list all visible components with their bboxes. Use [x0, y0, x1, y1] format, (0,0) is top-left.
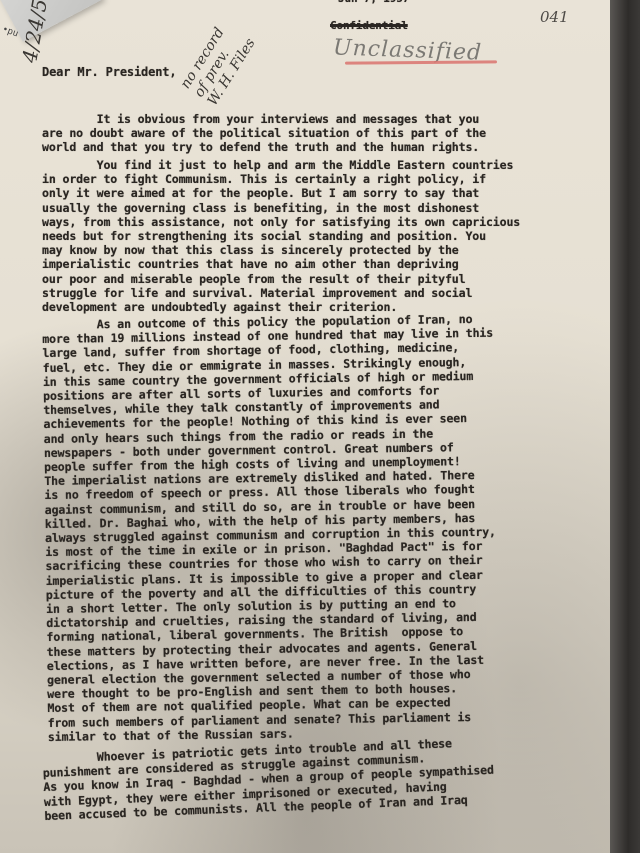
paragraph-1: It is obvious from your interviews and m…	[42, 112, 486, 155]
document-page: •pu Jun 7, 1957 Confidential Unclassifie…	[0, 0, 612, 853]
background-edge	[610, 0, 640, 853]
page-number: 041	[540, 8, 569, 26]
margin-note: no record of prev. W. H. Files	[178, 19, 259, 109]
paragraph-3: As an outcome of this policy the populat…	[42, 312, 499, 744]
classification-struck: Confidential	[330, 19, 408, 33]
salutation: Dear Mr. President,	[42, 65, 176, 79]
paragraph-2: You find it just to help and arm the Mid…	[42, 158, 520, 314]
paragraph-4: Whoever is patriotic gets into trouble a…	[42, 735, 495, 823]
header-date: Jun 7, 1957	[338, 0, 409, 6]
